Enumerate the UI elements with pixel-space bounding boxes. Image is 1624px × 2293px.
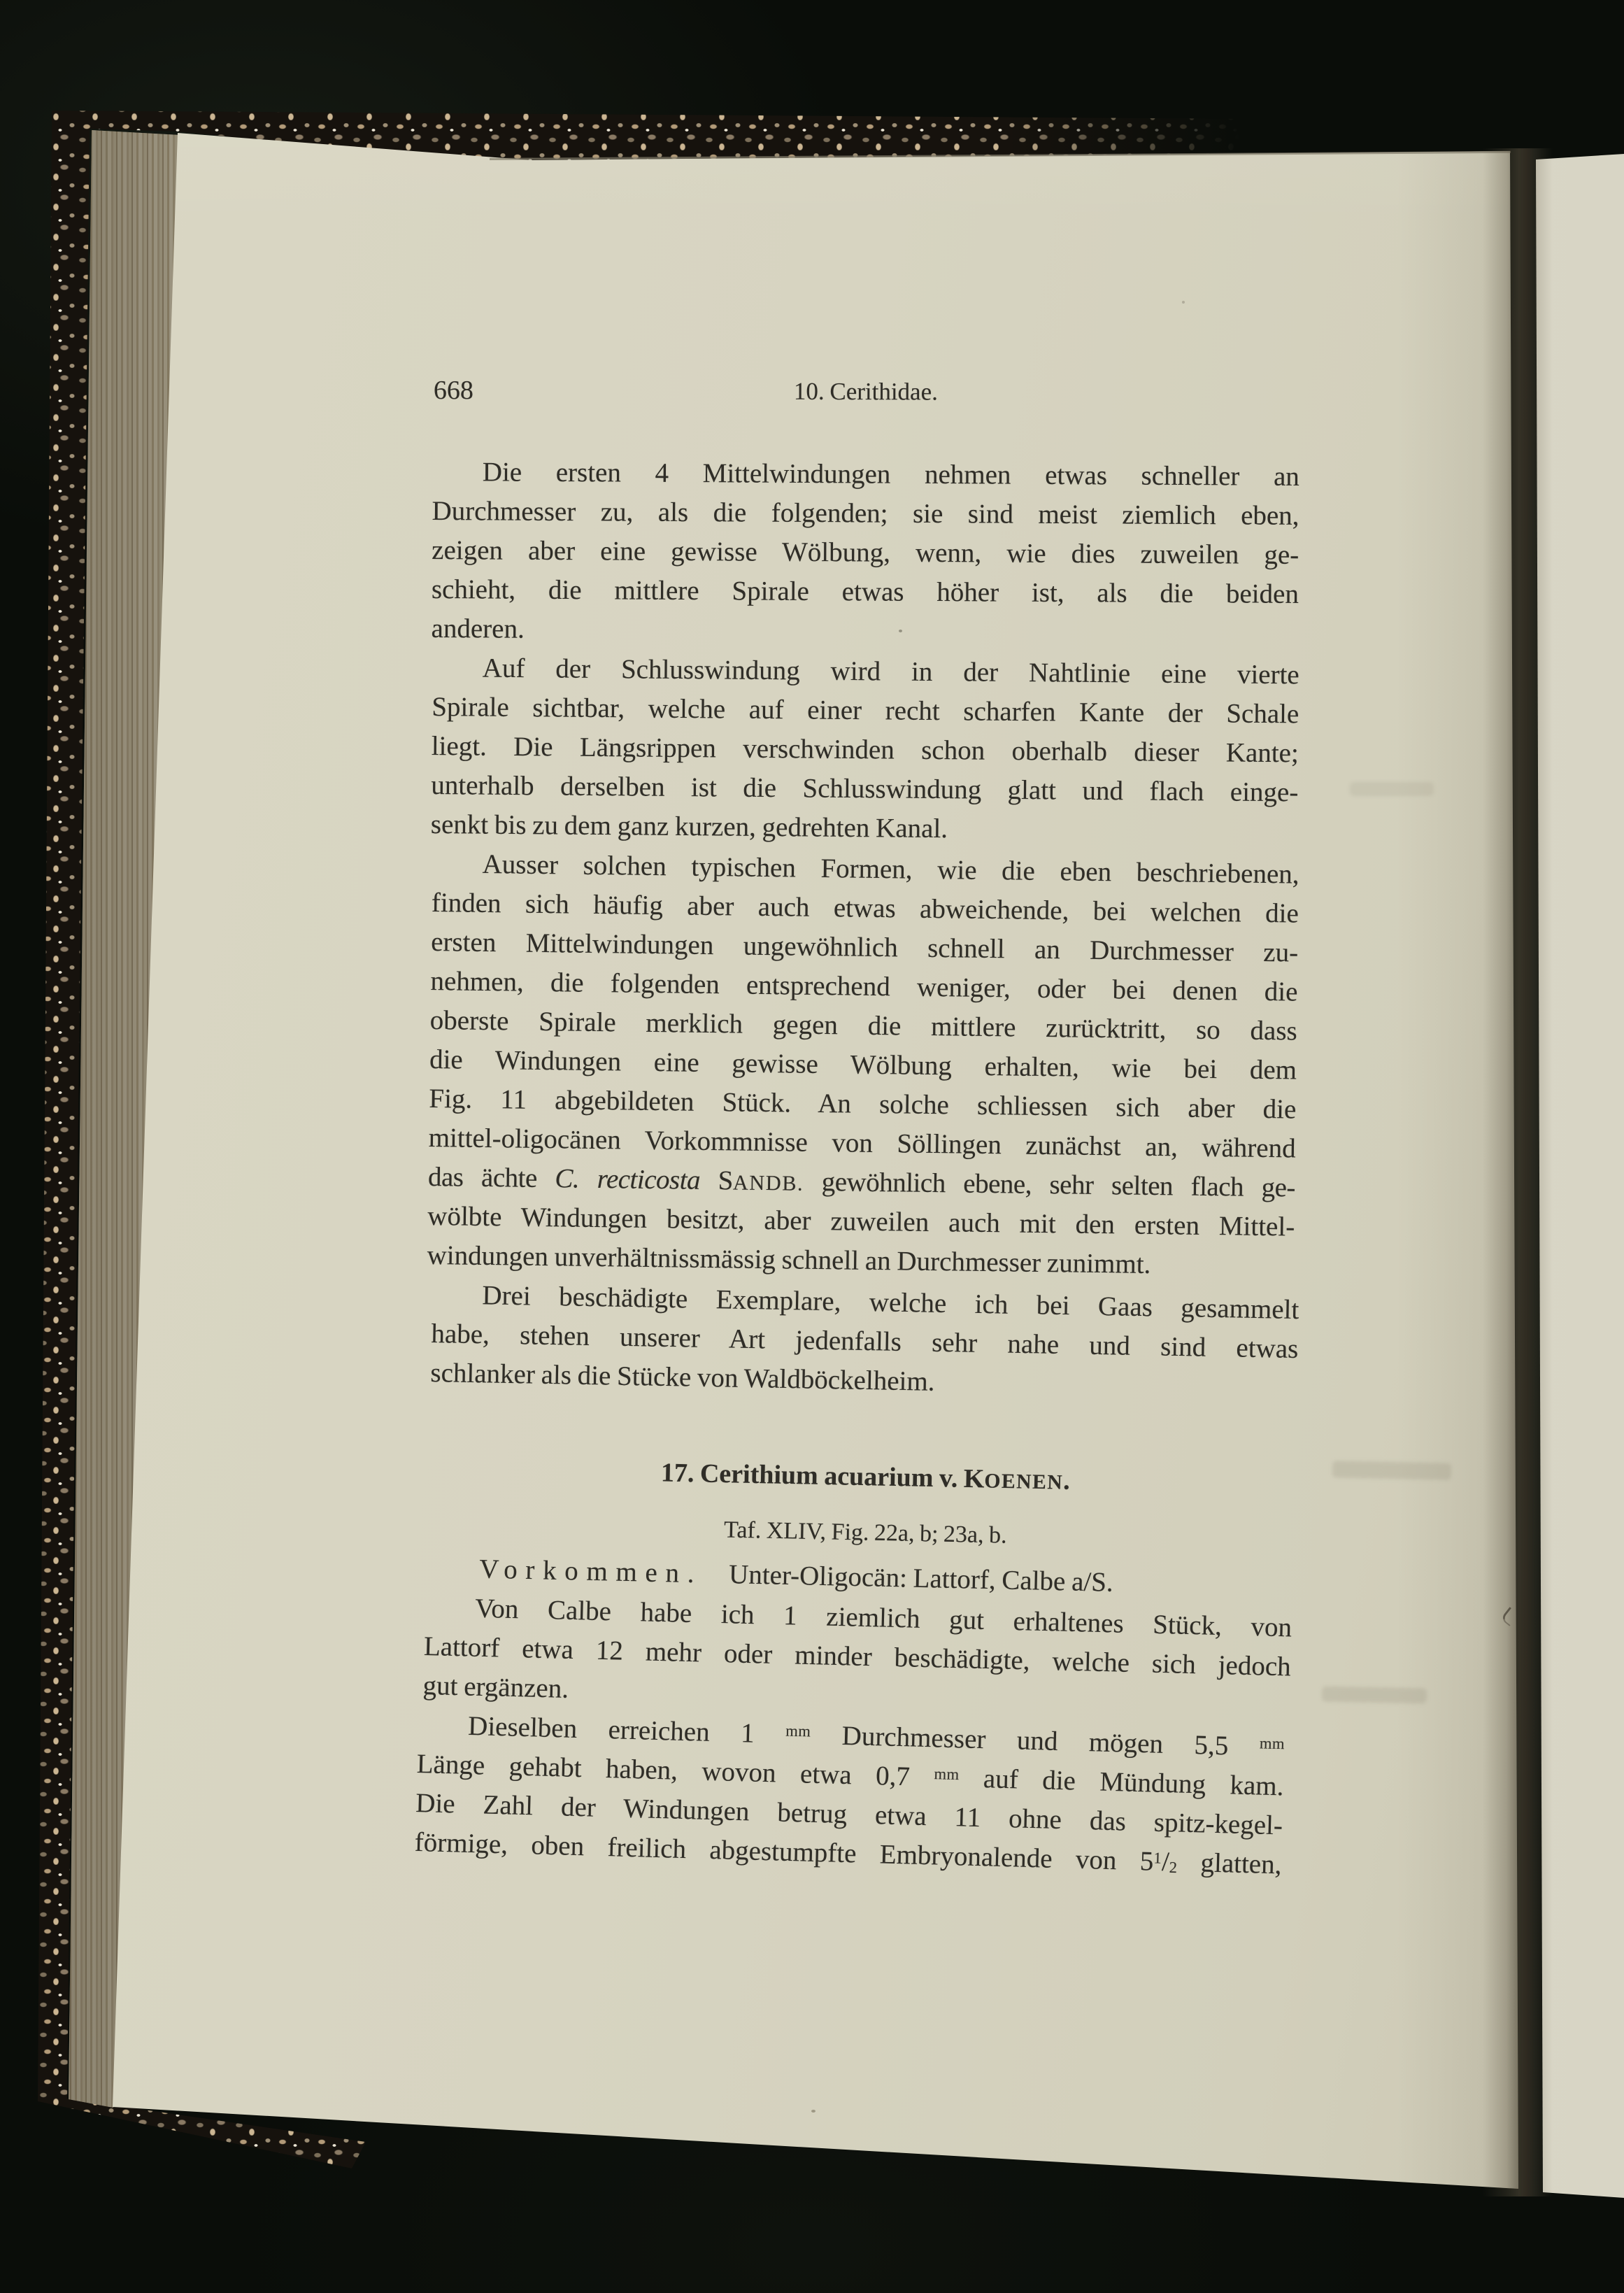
book-scan-scene: 668 10. Cerithidae. Die ersten 4 Mittelw… [0, 0, 1624, 2293]
show-through-smudge [1350, 782, 1434, 796]
text-line: liegt. Die Längsrippen verschwinden scho… [432, 727, 1299, 773]
text-line: zeigen aber eine gewisse Wölbung, wenn, … [432, 531, 1299, 575]
paragraph: Von Calbe habe ich 1 ziemlich gut erhalt… [422, 1588, 1292, 1726]
page-header: 668 10. Cerithidae. [432, 371, 1299, 413]
text-line: Die ersten 4 Mittelwindungen nehmen etwa… [432, 453, 1299, 497]
species-heading: 17. Cerithium acuarium v. KOENEN. [432, 1449, 1299, 1505]
paper-speck [811, 2110, 815, 2113]
paragraph: Dieselben erreichen 1 mm Durchmesser und… [414, 1705, 1285, 1884]
text-line: Spirale sichtbar, welche auf einer recht… [432, 688, 1299, 734]
paragraph: Drei beschädigte Exemplare, welche ich b… [430, 1275, 1299, 1408]
show-through-smudge [1332, 1461, 1451, 1480]
text-line: senkt bis zu dem ganz kurzen, gedrehten … [431, 805, 1298, 851]
paragraph: Auf der Schlusswindung wird in der Nahtl… [431, 648, 1299, 851]
paragraph: Die ersten 4 Mittelwindungen nehmen etwa… [431, 453, 1299, 653]
text-line: Durchmesser zu, als die folgenden; sie s… [432, 492, 1299, 536]
paragraph: Ausser solchen typischen Formen, wie die… [427, 844, 1299, 1286]
running-head: 10. Cerithidae. [432, 371, 1299, 413]
text-line: anderen. [431, 609, 1298, 653]
show-through-smudge [1322, 1686, 1427, 1703]
text-line: schieht, die mittlere Spirale etwas höhe… [432, 570, 1299, 614]
text-line: 17. Cerithium acuarium v. KOENEN. [432, 1449, 1299, 1505]
page-number: 668 [434, 371, 473, 410]
gutter-shadow [1483, 148, 1553, 2196]
paper-speck [1182, 301, 1185, 304]
text-line: Auf der Schlusswindung wird in der Nahtl… [432, 648, 1299, 695]
text-block: 668 10. Cerithidae. Die ersten 4 Mittelw… [432, 371, 1299, 1862]
text-line: unterhalb derselben ist die Schlusswindu… [431, 766, 1298, 812]
